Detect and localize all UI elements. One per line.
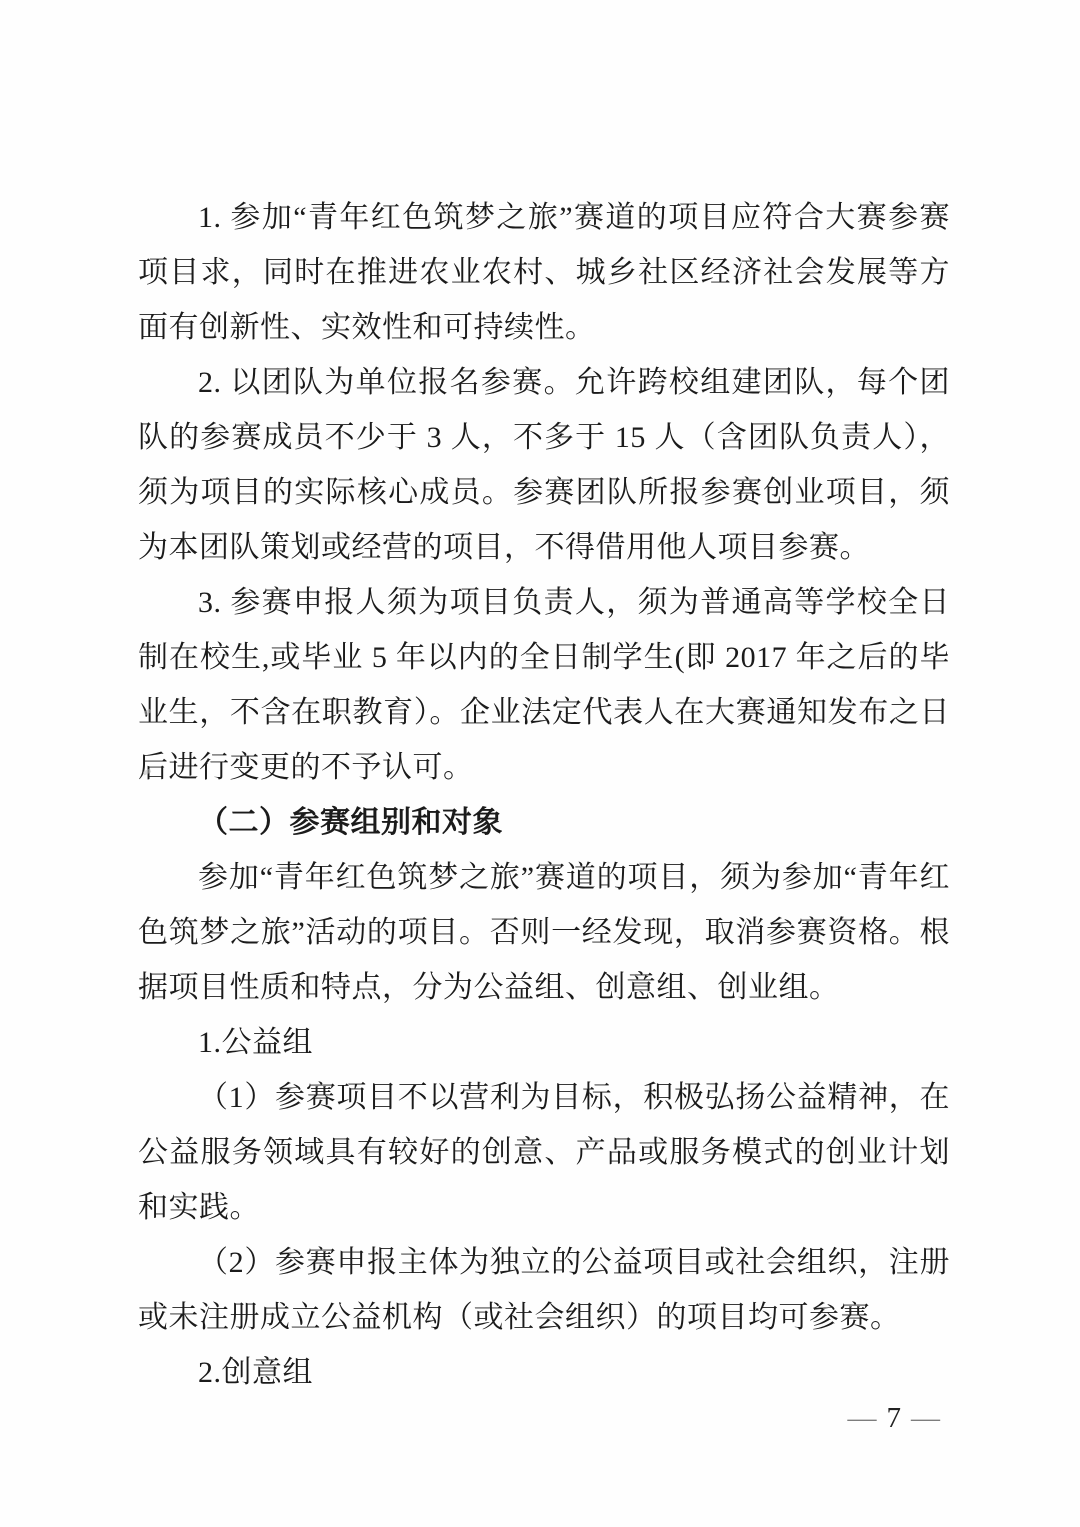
paragraph: 参加“青年红色筑梦之旅”赛道的项目，须为参加“青年红色筑梦之旅”活动的项目。否则… [138, 850, 950, 1015]
document-body: 1. 参加“青年红色筑梦之旅”赛道的项目应符合大赛参赛项目求，同时在推进农业农村… [138, 190, 950, 1400]
paragraph: 3. 参赛申报人须为项目负责人，须为普通高等学校全日制在校生,或毕业 5 年以内… [138, 575, 950, 795]
document-page: 1. 参加“青年红色筑梦之旅”赛道的项目应符合大赛参赛项目求，同时在推进农业农村… [0, 0, 1080, 1527]
page-number: 7 [887, 1402, 902, 1434]
paragraph: 2.创意组 [138, 1345, 950, 1400]
section-heading: （二）参赛组别和对象 [138, 795, 950, 850]
footer-left-dash: — [838, 1402, 887, 1434]
paragraph: 1. 参加“青年红色筑梦之旅”赛道的项目应符合大赛参赛项目求，同时在推进农业农村… [138, 190, 950, 355]
paragraph: 2. 以团队为单位报名参赛。允许跨校组建团队，每个团队的参赛成员不少于 3 人，… [138, 355, 950, 575]
page-footer: —7— [138, 1398, 950, 1438]
paragraph: 1.公益组 [138, 1015, 950, 1070]
footer-right-dash: — [901, 1402, 950, 1434]
paragraph: （2）参赛申报主体为独立的公益项目或社会组织，注册或未注册成立公益机构（或社会组… [138, 1235, 950, 1345]
paragraph: （1）参赛项目不以营利为目标，积极弘扬公益精神，在公益服务领域具有较好的创意、产… [138, 1070, 950, 1235]
